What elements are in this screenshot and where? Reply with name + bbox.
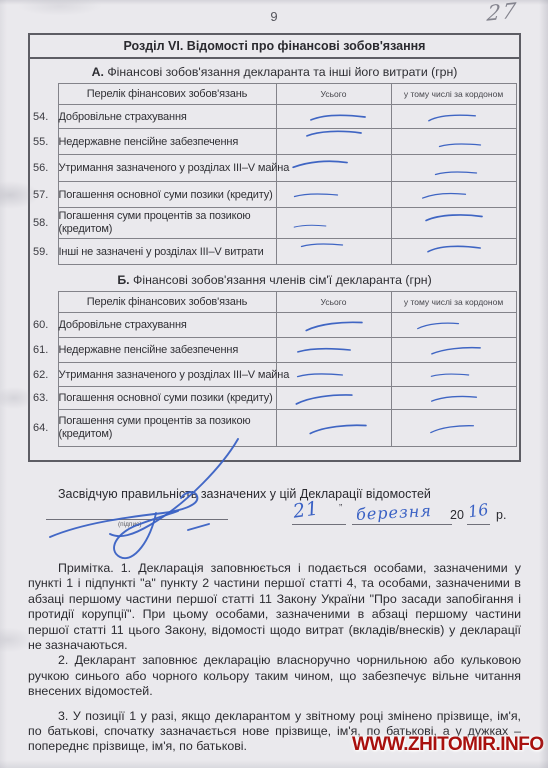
column-header-abroad: у тому числі за кордоном (391, 292, 516, 313)
handwritten-dash (293, 391, 354, 405)
row-label: Недержавне пенсійне забезпечення (58, 129, 276, 155)
subsection-b-heading-text: Фінансові зобов'язання членів сім'ї декл… (133, 273, 432, 287)
date-year-line (467, 524, 490, 525)
handwritten-dash (300, 240, 344, 250)
handwritten-dash (305, 128, 363, 138)
printed-year-prefix: 20 (450, 508, 464, 522)
handwritten-dash (293, 221, 327, 231)
handwritten-dash (296, 370, 344, 380)
table-row: 59. Інші не зазначені у розділах III–V в… (33, 239, 516, 265)
row-label: Добровільне страхування (58, 105, 276, 129)
cell-abroad (391, 313, 516, 338)
subsection-a-letter: А. (92, 65, 104, 79)
column-header-list: Перелік фінансових зобов'язань (58, 84, 276, 105)
note-paragraph-1: Примітка. 1. Декларація заповнюється і п… (28, 561, 521, 653)
table-row: 60. Добровільне страхування (33, 313, 516, 338)
printed-quote-mark: ” (339, 503, 342, 514)
row-number: 59. (33, 239, 58, 265)
date-month-line (352, 524, 452, 525)
handwritten-year: 16 (467, 500, 490, 522)
cell-abroad (391, 239, 516, 265)
cell-total (276, 129, 391, 155)
handwritten-dash (415, 318, 460, 331)
handwritten-dash (293, 190, 339, 200)
notes-block: Примітка. 1. Декларація заповнюється і п… (28, 561, 521, 755)
handwritten-dash (428, 421, 475, 434)
subsection-a-heading-text: Фінансові зобов'язання декларанта та інш… (107, 65, 457, 79)
row-label: Недержавне пенсійне забезпечення (58, 338, 276, 363)
handwritten-dash (309, 112, 367, 122)
handwritten-dash (429, 392, 477, 404)
row-label: Погашення суми процентів за позикою (кре… (58, 208, 276, 239)
cell-total (276, 182, 391, 208)
handwritten-dash (434, 168, 478, 178)
handwritten-dash (420, 189, 466, 201)
cell-abroad (391, 182, 516, 208)
cell-abroad (391, 208, 516, 239)
row-number: 60. (33, 313, 58, 338)
cell-abroad (391, 129, 516, 155)
note-paragraph-2: 2. Декларант заповнює декларацію власнор… (28, 653, 521, 699)
handwritten-dash (296, 345, 352, 355)
subsection-b-heading: Б. Фінансові зобов'язання членів сім'ї д… (30, 273, 519, 287)
row-label: Утримання зазначеного у розділах III–V м… (58, 155, 276, 182)
table-row: 54. Добровільне страхування (33, 105, 516, 129)
handwritten-dash (290, 156, 348, 169)
row-label: Добровільне страхування (58, 313, 276, 338)
table-row: 61. Недержавне пенсійне забезпечення (33, 338, 516, 363)
table-row: 63. Погашення основної суми позики (кред… (33, 387, 516, 410)
row-number: 61. (33, 338, 58, 363)
handwritten-dash (425, 242, 481, 254)
handwritten-day: 21 (292, 497, 321, 522)
cell-abroad (391, 155, 516, 182)
cell-abroad (391, 105, 516, 129)
table-row: 58. Погашення суми процентів за позикою … (33, 208, 516, 239)
cell-total (276, 208, 391, 239)
cell-total (276, 387, 391, 410)
handwritten-dash (426, 110, 476, 123)
handwritten-corner-number: 27 (486, 0, 519, 26)
table-row: 62. Утримання зазначеного у розділах III… (33, 363, 516, 387)
header-spacer (33, 84, 58, 105)
column-header-list: Перелік фінансових зобов'язань (58, 292, 276, 313)
row-number: 56. (33, 155, 58, 182)
site-watermark: WWW.ZHITOMIR.INFO (352, 734, 544, 756)
cell-total (276, 363, 391, 387)
table-row: 57. Погашення основної суми позики (кред… (33, 182, 516, 208)
row-number: 55. (33, 129, 58, 155)
cell-abroad (391, 410, 516, 447)
cell-total (276, 410, 391, 447)
section-box: Розділ VI. Відомості про фінансові зобов… (28, 33, 521, 462)
cell-abroad (391, 338, 516, 363)
date-day-line (292, 524, 346, 525)
handwritten-dash (422, 211, 484, 222)
table-row: 55. Недержавне пенсійне забезпечення (33, 129, 516, 155)
row-label: Інші не зазначені у розділах III–V витра… (58, 239, 276, 265)
column-header-abroad: у тому числі за кордоном (391, 84, 516, 105)
subsection-b-letter: Б. (117, 273, 129, 287)
handwritten-dash (430, 370, 470, 380)
table-header-row: Перелік фінансових зобов'язань Усього у … (33, 292, 516, 313)
row-number: 58. (33, 208, 58, 239)
row-label: Погашення основної суми позики (кредиту) (58, 182, 276, 208)
cell-total (276, 313, 391, 338)
table-header-row: Перелік фінансових зобов'язань Усього у … (33, 84, 516, 105)
cell-total (276, 155, 391, 182)
cell-abroad (391, 387, 516, 410)
handwritten-month: березня (356, 501, 433, 524)
cell-total (276, 239, 391, 265)
row-number: 54. (33, 105, 58, 129)
column-header-total: Усього (276, 84, 391, 105)
row-number: 57. (33, 182, 58, 208)
subsection-a-heading: А. Фінансові зобов'язання декларанта та … (30, 65, 519, 79)
row-number: 62. (33, 363, 58, 387)
family-obligations-table: Перелік фінансових зобов'язань Усього у … (33, 291, 517, 447)
handwritten-dash (438, 140, 482, 150)
printed-year-suffix: р. (496, 508, 506, 522)
declarant-obligations-table: Перелік фінансових зобов'язань Усього у … (33, 83, 517, 265)
table-row: 56. Утримання зазначеного у розділах III… (33, 155, 516, 182)
cell-total (276, 338, 391, 363)
handwritten-dash (429, 344, 481, 357)
header-spacer (33, 292, 58, 313)
section-title: Розділ VI. Відомості про фінансові зобов… (30, 35, 519, 59)
column-header-total: Усього (276, 292, 391, 313)
handwritten-signature (38, 425, 258, 570)
scanned-declaration-page: 9 27 Розділ VI. Відомості про фінансові … (0, 0, 548, 768)
row-label: Утримання зазначеного у розділах III–V м… (58, 363, 276, 387)
row-number: 63. (33, 387, 58, 410)
row-label: Погашення основної суми позики (кредиту) (58, 387, 276, 410)
handwritten-dash (301, 318, 365, 331)
page-number: 9 (0, 9, 548, 24)
cell-abroad (391, 363, 516, 387)
handwritten-dash (306, 421, 368, 434)
cell-total (276, 105, 391, 129)
